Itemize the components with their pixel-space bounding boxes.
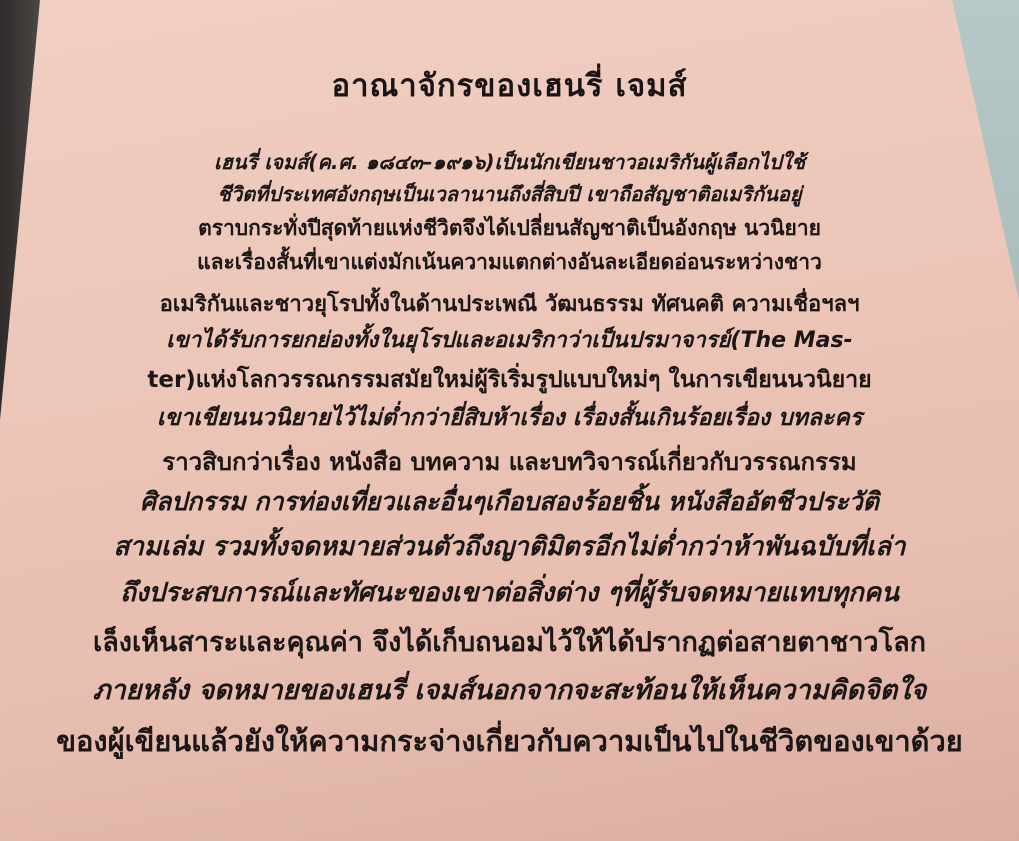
text-line: ศิลปกรรม การท่องเที่ยวและอื่นๆเกือบสองร้…: [0, 482, 1019, 522]
text-line: เขาได้รับการยกย่องทั้งในยุโรปและอเมริกาว…: [0, 322, 1019, 357]
text-line: ชีวิตที่ประเทศอังกฤษเป็นเวลานานถึงสี่สิบ…: [0, 178, 1019, 210]
text-line: เฮนรี่ เจมส์(ค.ศ. ๑๘๔๓–๑๙๑๖)เป็นนักเขียน…: [0, 146, 1019, 178]
text-line: ราวสิบกว่าเรื่อง หนังสือ บทความ และบทวิจ…: [0, 442, 1019, 481]
text-line: อเมริกันและชาวยุโรปทั้งในด้านประเพณี วัฒ…: [0, 286, 1019, 321]
text-line: ของผู้เขียนแล้วยังให้ความกระจ่างเกี่ยวกั…: [0, 718, 1019, 764]
text-line: เขาเขียนนวนิยายไว้ไม่ต่ำกว่ายี่สิบห้าเรื…: [0, 400, 1019, 436]
text-line: ภายหลัง จดหมายของเฮนรี่ เจมส์นอกจากจะสะท…: [0, 668, 1019, 711]
text-line: ถึงประสบการณ์และทัศนะของเขาต่อสิ่งต่าง ๆ…: [0, 572, 1019, 613]
book-page: อาณาจักรของเฮนรี่ เจมส์ เฮนรี่ เจมส์(ค.ศ…: [0, 0, 1019, 841]
text-line: สามเล่ม รวมทั้งจดหมายส่วนตัวถึงญาติมิตรอ…: [0, 526, 1019, 567]
page-title: อาณาจักรของเฮนรี่ เจมส์: [0, 60, 1019, 110]
text-line: และเรื่องสั้นที่เขาแต่งมักเน้นความแตกต่า…: [0, 246, 1019, 279]
text-line: เล็งเห็นสาระและคุณค่า จึงได้เก็บถนอมไว้ใ…: [0, 620, 1019, 663]
text-line: ตราบกระทั่งปีสุดท้ายแห่งชีวิตจึงได้เปลี่…: [0, 212, 1019, 245]
text-line: ter)แห่งโลกวรรณกรรมสมัยใหม่ผู้ริเริ่มรูป…: [0, 362, 1019, 398]
